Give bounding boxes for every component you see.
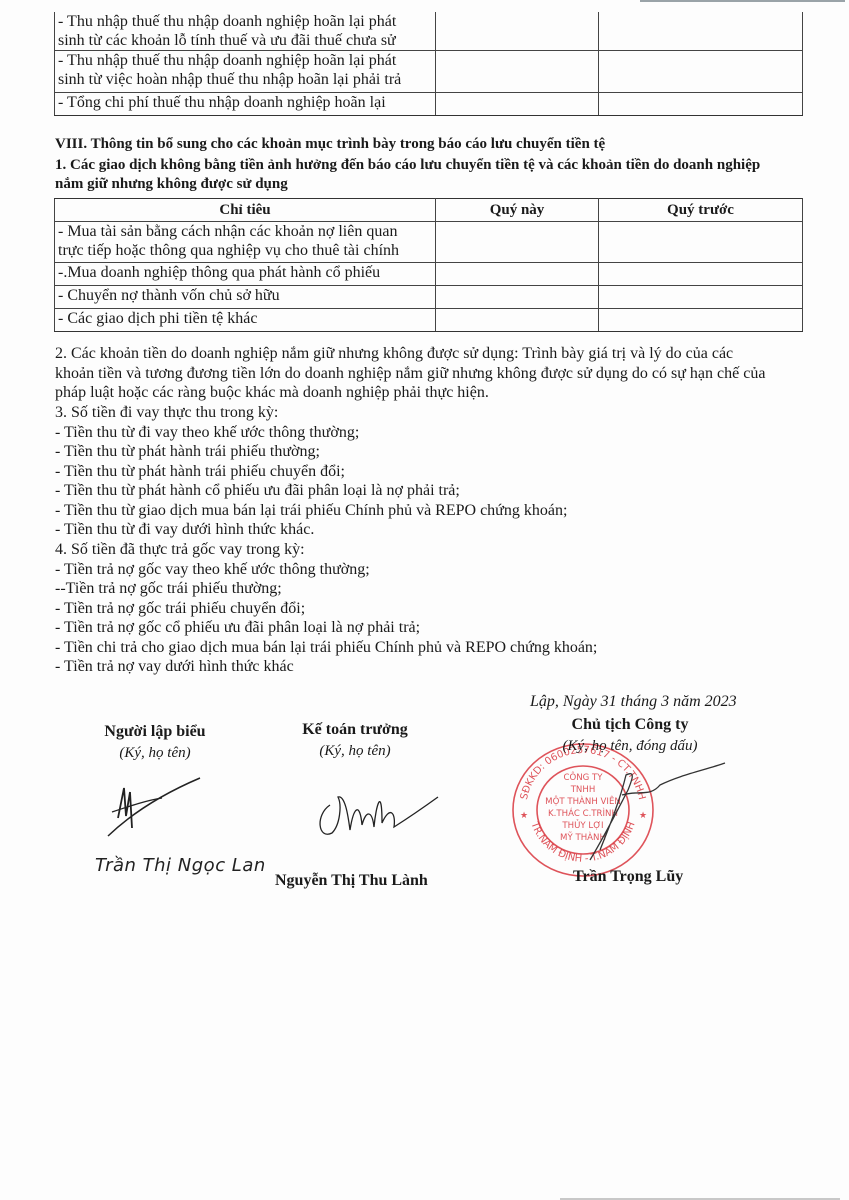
list-item: - Tiền thu từ phát hành trái phiếu thườn… (55, 442, 815, 462)
table-row: - Tổng chi phí thuế thu nhập doanh nghiệ… (55, 93, 803, 116)
paragraph-line: pháp luật hoặc các ràng buộc khác mà doa… (55, 383, 815, 403)
signer-name: Trần Trọng Lũy (573, 868, 683, 886)
svg-text:★: ★ (520, 811, 528, 821)
item2-paragraph: 2. Các khoản tiền do doanh nghiệp nắm gi… (55, 344, 815, 403)
signer-name: Nguyễn Thị Thu Lành (275, 872, 428, 890)
table-cell-label: - Chuyển nợ thành vốn chủ sở hữu (55, 286, 436, 309)
column-header-prev-quarter: Quý trước (599, 199, 803, 222)
table-cell-this-quarter (436, 51, 599, 93)
table-cell-this-quarter (436, 286, 599, 309)
table-cell-label: -.Mua doanh nghiệp thông qua phát hành c… (55, 263, 436, 286)
table-row: - Chuyển nợ thành vốn chủ sở hữu (55, 286, 803, 309)
list-item: - Tiền trả nợ gốc cổ phiếu ưu đãi phân l… (55, 618, 815, 638)
list-title: 3. Số tiền đi vay thực thu trong kỳ: (55, 403, 815, 423)
document-page: - Thu nhập thuế thu nhập doanh nghiệp ho… (0, 0, 849, 1200)
table-cell-prev-quarter (599, 222, 803, 263)
list-item: - Tiền trả nợ vay dưới hình thức khác (55, 657, 815, 677)
list-item: - Tiền thu từ giao dịch mua bán lại trái… (55, 501, 815, 521)
table-cell-prev-quarter (599, 263, 803, 286)
signature-scribble-icon (560, 755, 730, 865)
item1-heading-line1: 1. Các giao dịch không bằng tiền ảnh hưở… (55, 156, 760, 175)
list-item: - Tiền thu từ phát hành trái phiếu chuyể… (55, 462, 815, 482)
signature-accountant: Kế toán trưởng (Ký, họ tên) (280, 721, 430, 760)
signature-chair: Chủ tịch Công ty (Ký, họ tên, đóng dấu) (545, 716, 715, 755)
table-cell-label: - Các giao dịch phi tiền tệ khác (55, 309, 436, 332)
list-item: - Tiền chi trả cho giao dịch mua bán lại… (55, 638, 815, 658)
list-item: - Tiền thu từ phát hành cổ phiếu ưu đãi … (55, 481, 815, 501)
item1-heading-line2: nắm giữ nhưng không được sử dụng (55, 175, 288, 194)
signer-name-handwritten: Trần Thị Ngọc Lan (95, 855, 266, 876)
signer-hint: (Ký, họ tên) (80, 745, 230, 762)
table-cell-this-quarter (436, 93, 599, 116)
table-cell-prev-quarter (599, 93, 803, 116)
column-header-indicator: Chỉ tiêu (55, 199, 436, 222)
item3-list: 3. Số tiền đi vay thực thu trong kỳ: - T… (55, 403, 815, 540)
table-cell-this-quarter (436, 222, 599, 263)
signer-role: Kế toán trưởng (280, 721, 430, 739)
noncash-transactions-table: Chỉ tiêu Quý này Quý trước - Mua tài sản… (54, 198, 803, 332)
deferred-tax-table: - Thu nhập thuế thu nhập doanh nghiệp ho… (54, 12, 803, 116)
table-cell-label: - Mua tài sản bằng cách nhận các khoản n… (55, 222, 436, 263)
list-item: - Tiền thu từ đi vay theo khế ước thông … (55, 423, 815, 443)
table-row: - Thu nhập thuế thu nhập doanh nghiệp ho… (55, 51, 803, 93)
item4-list: 4. Số tiền đã thực trả gốc vay trong kỳ:… (55, 540, 815, 677)
signer-role: Người lập biểu (80, 723, 230, 741)
table-cell-this-quarter (436, 263, 599, 286)
table-cell-prev-quarter (599, 12, 803, 51)
table-cell-this-quarter (436, 12, 599, 51)
column-header-this-quarter: Quý này (436, 199, 599, 222)
table-row: -.Mua doanh nghiệp thông qua phát hành c… (55, 263, 803, 286)
signature-scribble-icon (310, 775, 445, 850)
list-item: - Tiền thu từ đi vay dưới hình thức khác… (55, 520, 815, 540)
table-cell-this-quarter (436, 309, 599, 332)
list-item: -‑Tiền trả nợ gốc trái phiếu thường; (55, 579, 815, 599)
list-item: - Tiền trả nợ gốc trái phiếu chuyển đổi; (55, 599, 815, 619)
table-row: - Thu nhập thuế thu nhập doanh nghiệp ho… (55, 12, 803, 51)
table-row: - Các giao dịch phi tiền tệ khác (55, 309, 803, 332)
table-cell-label: - Tổng chi phí thuế thu nhập doanh nghiệ… (55, 93, 436, 116)
signature-scribble-icon (100, 770, 210, 850)
table-cell-prev-quarter (599, 51, 803, 93)
signer-hint: (Ký, họ tên) (280, 743, 430, 760)
table-cell-label: - Thu nhập thuế thu nhập doanh nghiệp ho… (55, 51, 436, 93)
table-row: - Mua tài sản bằng cách nhận các khoản n… (55, 222, 803, 263)
signer-role: Chủ tịch Công ty (545, 716, 715, 734)
scan-artifact (640, 0, 845, 2)
signature-preparer: Người lập biểu (Ký, họ tên) (80, 723, 230, 762)
paragraph-line: khoản tiền và tương đương tiền lớn do do… (55, 364, 815, 384)
table-header-row: Chỉ tiêu Quý này Quý trước (55, 199, 803, 222)
date-line: Lập, Ngày 31 tháng 3 năm 2023 (530, 693, 737, 711)
paragraph-line: 2. Các khoản tiền do doanh nghiệp nắm gi… (55, 344, 815, 364)
table-cell-prev-quarter (599, 309, 803, 332)
list-item: - Tiền trả nợ gốc vay theo khế ước thông… (55, 560, 815, 580)
section-heading: VIII. Thông tin bổ sung cho các khoản mụ… (55, 135, 605, 154)
table-cell-prev-quarter (599, 286, 803, 309)
list-title: 4. Số tiền đã thực trả gốc vay trong kỳ: (55, 540, 815, 560)
signer-hint: (Ký, họ tên, đóng dấu) (545, 738, 715, 755)
table-cell-label: - Thu nhập thuế thu nhập doanh nghiệp ho… (55, 12, 436, 51)
